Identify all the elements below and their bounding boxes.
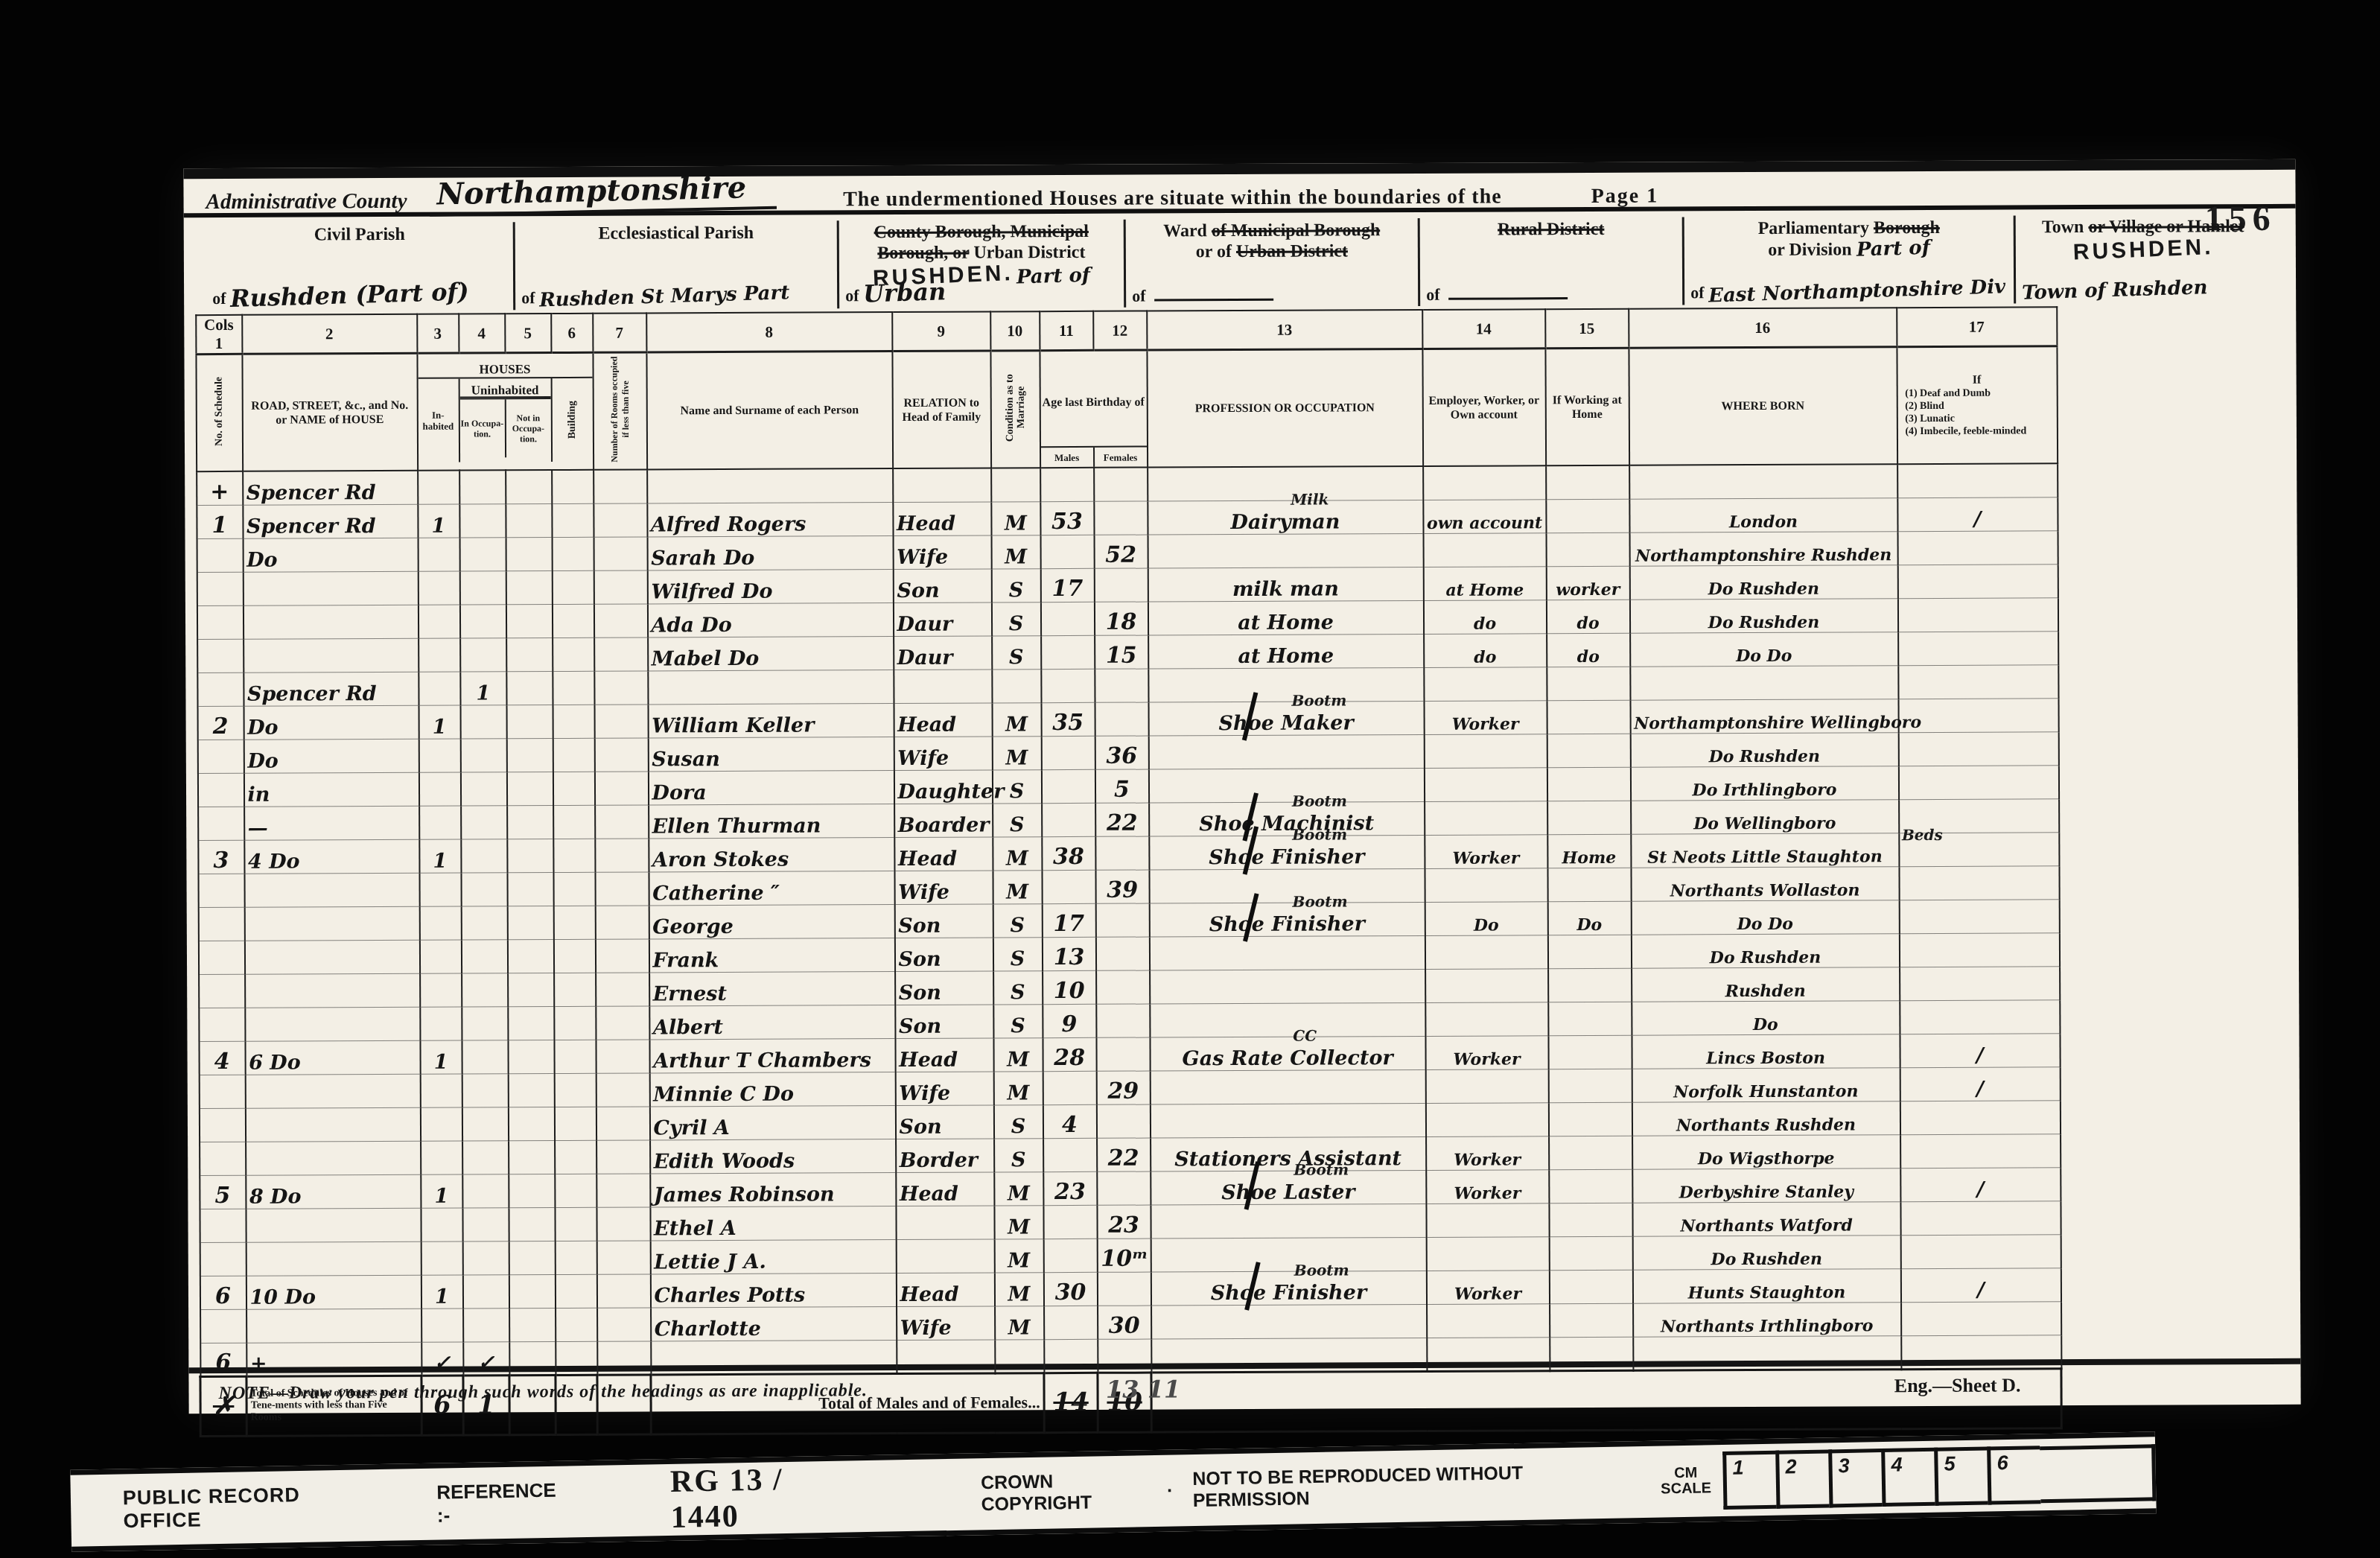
cell-age-male bbox=[1043, 1138, 1097, 1171]
cell-relation: Son bbox=[895, 970, 993, 1005]
cell-working-home: do bbox=[1546, 600, 1629, 633]
cell-uninhabited-notocc bbox=[508, 1006, 554, 1040]
struck-municipal-borough: of Municipal Borough bbox=[1212, 220, 1380, 241]
cell-age-female: 39 bbox=[1095, 870, 1149, 903]
cell-relation: Wife bbox=[897, 1306, 995, 1340]
cell-building bbox=[556, 1308, 597, 1341]
houses-title: HOUSES bbox=[418, 361, 592, 379]
cell-rooms bbox=[594, 704, 648, 737]
cell-employer bbox=[1425, 1102, 1548, 1136]
cell-rooms bbox=[596, 1072, 649, 1106]
cell-relation bbox=[894, 669, 992, 703]
cell-age-male bbox=[1044, 1339, 1098, 1373]
cell-where-born: Do bbox=[1632, 1000, 1900, 1035]
cell-age-male: 17 bbox=[1040, 568, 1094, 602]
cell-uninhabited-occ bbox=[459, 604, 506, 637]
cell-road bbox=[244, 873, 419, 907]
cell-condition: M bbox=[992, 702, 1041, 736]
cell-rooms bbox=[594, 603, 647, 637]
cell-working-home bbox=[1550, 1337, 1633, 1370]
cell-employer: own account bbox=[1423, 499, 1546, 533]
cell-occupation: BootmShoe Finisher bbox=[1149, 902, 1425, 937]
col-num-7: 7 bbox=[593, 313, 646, 352]
cell-working-home bbox=[1546, 532, 1629, 566]
col-num-5: 5 bbox=[505, 314, 551, 353]
cell-age-male: 4 bbox=[1043, 1104, 1096, 1138]
cell-age-male: 30 bbox=[1043, 1272, 1097, 1306]
cell-age-female bbox=[1097, 1272, 1151, 1306]
cell-building bbox=[555, 1241, 596, 1274]
cell-inhabited bbox=[419, 739, 460, 772]
cell-relation: Head bbox=[895, 1037, 993, 1072]
infirmity-3: (3) Lunatic bbox=[1905, 412, 2053, 425]
blank-line bbox=[1154, 299, 1273, 302]
cell-name bbox=[647, 468, 893, 503]
boundaries-text: The undermentioned Houses are situate wi… bbox=[843, 185, 1502, 212]
cell-working-home: do bbox=[1547, 633, 1630, 667]
cell-inhabited bbox=[420, 1107, 462, 1141]
cell-rooms bbox=[594, 670, 648, 704]
cell-age-female bbox=[1096, 1004, 1150, 1037]
or-of-label: or of bbox=[1196, 242, 1232, 261]
cell-working-home bbox=[1547, 868, 1631, 901]
cell-schedule bbox=[200, 1309, 246, 1343]
census-table: Cols 1 2 3 4 5 6 7 8 9 10 11 12 13 14 15… bbox=[194, 306, 2063, 1437]
col-num-4: 4 bbox=[459, 314, 505, 353]
cell-where-born bbox=[1633, 1335, 1901, 1370]
cell-where-born: Do Rushden bbox=[1630, 732, 1898, 767]
cell-employer: Worker bbox=[1424, 700, 1547, 734]
cell-inhabited bbox=[418, 538, 459, 571]
cell-working-home: Home bbox=[1547, 834, 1631, 868]
col-num-14: 14 bbox=[1422, 309, 1545, 349]
cell-infirmity bbox=[1898, 664, 2058, 699]
cell-road bbox=[246, 1309, 421, 1343]
cell-building bbox=[554, 1073, 596, 1107]
cell-road: 4 Do bbox=[244, 839, 419, 874]
cell-working-home bbox=[1549, 1169, 1632, 1203]
cell-building bbox=[552, 470, 594, 503]
cell-condition bbox=[992, 669, 1041, 702]
cell-condition: S bbox=[993, 937, 1042, 970]
cell-working-home bbox=[1548, 1102, 1632, 1136]
cell-uninhabited-occ bbox=[461, 906, 507, 939]
cell-condition: M bbox=[994, 1205, 1043, 1239]
cell-age-male bbox=[1043, 1205, 1097, 1239]
cell-schedule: 6 bbox=[200, 1343, 246, 1376]
col-num-13: 13 bbox=[1147, 310, 1422, 350]
cell-employer bbox=[1425, 968, 1548, 1002]
cell-relation: Son bbox=[894, 903, 993, 938]
cell-schedule bbox=[199, 1075, 245, 1108]
parish-boxes: Civil Parish of Rushden (Part of) Eccles… bbox=[206, 214, 2202, 311]
uninhabited-title: Uninhabited bbox=[459, 384, 550, 398]
cell-occupation bbox=[1148, 466, 1423, 501]
cell-inhabited: 1 bbox=[421, 1275, 462, 1309]
cell-building bbox=[553, 637, 594, 671]
cell-age-male bbox=[1040, 602, 1094, 635]
cell-condition: M bbox=[995, 1306, 1044, 1339]
cell-age-male: 17 bbox=[1042, 903, 1095, 937]
cell-road bbox=[246, 1241, 421, 1276]
cell-age-female: 15 bbox=[1095, 635, 1148, 669]
cell-employer bbox=[1425, 1069, 1548, 1103]
col-houses-group: HOUSES In-habited Uninhabited In Occupa-… bbox=[417, 352, 594, 471]
cell-inhabited bbox=[418, 571, 459, 605]
cell-inhabited bbox=[420, 1007, 462, 1040]
cell-age-female bbox=[1094, 501, 1148, 535]
cell-relation: Daughter bbox=[894, 769, 992, 804]
cell-employer bbox=[1425, 1002, 1548, 1036]
microfilm-photo: { "header": { "admin_county_label": "Adm… bbox=[0, 0, 2380, 1558]
census-page: 156 Administrative County Northamptonshi… bbox=[183, 159, 2300, 1414]
cell-where-born: Northants Rushden bbox=[1632, 1101, 1900, 1136]
cell-infirmity bbox=[1898, 765, 2058, 799]
cell-infirmity: ∕ bbox=[1900, 1033, 2060, 1067]
cell-uninhabited-occ bbox=[460, 637, 506, 671]
cell-rooms bbox=[597, 1307, 651, 1341]
cell-working-home bbox=[1547, 700, 1630, 734]
parliamentary-value: of East Northamptonshire Div bbox=[1690, 280, 2008, 304]
cell-schedule: 4 bbox=[199, 1041, 245, 1075]
cell-name: Catherine ″ bbox=[649, 871, 894, 905]
cell-employer bbox=[1427, 1303, 1550, 1338]
sheet-label: Eng.—Sheet D. bbox=[1894, 1374, 2021, 1397]
cell-age-female bbox=[1095, 702, 1148, 736]
col-building-label: Building bbox=[552, 378, 592, 462]
cell-infirmity bbox=[1900, 1133, 2061, 1168]
cell-building bbox=[553, 671, 594, 705]
col-name-label: Name and Surname of each Person bbox=[646, 352, 893, 470]
cell-working-home bbox=[1548, 1069, 1632, 1102]
cell-relation bbox=[896, 1239, 994, 1273]
cell-condition: M bbox=[991, 535, 1040, 568]
cell-where-born: Lincs Boston bbox=[1632, 1034, 1900, 1069]
cm-scale: CM SCALE 1 2 3 4 5 6 bbox=[1660, 1443, 2156, 1510]
col-condition-label: Condition as to Marriage bbox=[990, 351, 1040, 468]
col-males-label: Males bbox=[1041, 448, 1095, 467]
cell-age-female: 30 bbox=[1098, 1306, 1151, 1339]
cell-infirmity bbox=[1900, 966, 2060, 1000]
cell-name: Edith Woods bbox=[650, 1139, 896, 1173]
cell-uninhabited-notocc bbox=[507, 906, 553, 939]
ward-label: Ward bbox=[1163, 221, 1207, 241]
cell-name: William Keller bbox=[648, 703, 894, 737]
cell-where-born: Hunts Staughton bbox=[1632, 1268, 1900, 1303]
cell-rooms bbox=[594, 503, 647, 536]
cell-road: in bbox=[244, 772, 419, 807]
cell-employer: at Home bbox=[1423, 566, 1546, 600]
cell-relation bbox=[896, 1205, 994, 1239]
cell-occupation bbox=[1150, 1002, 1425, 1037]
cell-working-home bbox=[1548, 1002, 1632, 1035]
cell-age-female bbox=[1095, 903, 1149, 937]
cell-age-female: 18 bbox=[1094, 602, 1148, 635]
cell-uninhabited-notocc bbox=[506, 738, 553, 772]
cell-working-home bbox=[1546, 499, 1629, 532]
page-number: Page 1 bbox=[1591, 185, 1659, 209]
cell-infirmity bbox=[1900, 1201, 2061, 1235]
cell-inhabited bbox=[419, 638, 460, 672]
cell-uninhabited-notocc bbox=[509, 1274, 555, 1308]
scale-end-box bbox=[2040, 1444, 2156, 1503]
cell-building bbox=[552, 570, 594, 604]
cell-uninhabited-notocc bbox=[506, 537, 552, 570]
cell-condition: S bbox=[993, 803, 1042, 836]
cell-building bbox=[553, 939, 595, 973]
cell-age-male bbox=[1042, 870, 1095, 903]
cell-condition: M bbox=[991, 501, 1040, 535]
cell-inhabited bbox=[421, 1241, 462, 1275]
cell-relation: Wife bbox=[895, 1071, 993, 1105]
cell-occupation bbox=[1150, 969, 1425, 1004]
cell-uninhabited-notocc bbox=[506, 470, 552, 503]
col-num-3: 3 bbox=[417, 314, 459, 354]
cell-inhabited bbox=[418, 605, 459, 638]
cell-age-male bbox=[1040, 535, 1094, 568]
cell-uninhabited-occ bbox=[460, 738, 506, 772]
column-labels-row: No. of Schedule ROAD, STREET, &c., and N… bbox=[196, 346, 2058, 471]
cell-infirmity bbox=[1897, 597, 2058, 632]
cell-schedule bbox=[200, 1142, 246, 1175]
cell-name: Ellen Thurman bbox=[649, 804, 894, 838]
cell-where-born: Northamptonshire Wellingboro bbox=[1630, 699, 1898, 734]
cell-where-born bbox=[1629, 464, 1897, 499]
cell-uninhabited-occ bbox=[459, 470, 506, 503]
cell-where-born: Northamptonshire Rushden bbox=[1629, 531, 1897, 566]
cell-inhabited: 1 bbox=[419, 705, 460, 739]
cell-occupation: BootmShoe Maker bbox=[1148, 701, 1424, 736]
cell-uninhabited-occ bbox=[462, 1241, 509, 1274]
cell-inhabited: 1 bbox=[419, 839, 461, 873]
cell-condition: M bbox=[994, 1171, 1043, 1205]
cell-employer bbox=[1424, 767, 1547, 801]
cell-age-female: 23 bbox=[1097, 1205, 1151, 1239]
cell-uninhabited-occ bbox=[460, 772, 506, 805]
cell-infirmity bbox=[1897, 530, 2058, 565]
struck-county-borough: County Borough, Municipal bbox=[874, 222, 1089, 242]
col-num-8: 8 bbox=[646, 312, 892, 352]
cell-inhabited: 1 bbox=[421, 1174, 462, 1208]
cell-uninhabited-notocc bbox=[508, 973, 554, 1006]
cell-rooms bbox=[596, 972, 649, 1005]
cell-uninhabited-notocc bbox=[507, 939, 553, 973]
cell-schedule bbox=[197, 673, 244, 706]
cell-uninhabited-notocc bbox=[507, 872, 553, 906]
infirmity-4: (4) Imbecile, feeble-minded bbox=[1905, 425, 2053, 438]
cell-rooms bbox=[596, 1039, 649, 1072]
cell-schedule bbox=[198, 907, 244, 941]
cell-relation: Daur bbox=[894, 635, 992, 670]
cell-where-born: Rushden bbox=[1632, 967, 1900, 1002]
scale-1: 1 bbox=[1722, 1451, 1776, 1510]
col-born-label: WHERE BORN bbox=[1629, 347, 1897, 465]
cell-road: Spencer Rd bbox=[243, 504, 418, 538]
ward-box: Ward of Municipal Borough or of Urban Di… bbox=[1126, 218, 1421, 308]
cell-inhabited bbox=[421, 1309, 463, 1342]
cell-building bbox=[555, 1207, 596, 1241]
cell-rooms bbox=[594, 536, 647, 570]
cell-uninhabited-occ bbox=[459, 537, 506, 570]
census-rows: + Spencer Rd 1 Spencer Rd 1 Alfred Roger… bbox=[197, 463, 2061, 1376]
cell-rooms bbox=[595, 804, 649, 838]
cell-relation: Wife bbox=[893, 535, 991, 569]
cell-age-female: 22 bbox=[1097, 1138, 1151, 1171]
cell-building bbox=[556, 1341, 597, 1375]
cell-rooms bbox=[594, 637, 648, 670]
parliamentary-label: Parliamentary bbox=[1758, 218, 1869, 238]
cell-inhabited: 1 bbox=[420, 1040, 462, 1074]
cell-name: Wilfred Do bbox=[647, 569, 893, 603]
cell-age-male bbox=[1041, 669, 1095, 702]
admin-county-value: Northamptonshire bbox=[429, 170, 777, 217]
cell-age-male: 23 bbox=[1043, 1171, 1097, 1205]
cell-where-born: BedsSt Neots Little Staughton bbox=[1631, 833, 1899, 868]
cell-uninhabited-occ bbox=[462, 1140, 509, 1174]
cell-rooms bbox=[594, 771, 648, 804]
cell-condition: S bbox=[991, 602, 1040, 635]
cell-building bbox=[554, 1006, 596, 1040]
col-num-9: 9 bbox=[892, 311, 990, 351]
cell-age-female bbox=[1095, 937, 1149, 970]
cell-occupation bbox=[1150, 1103, 1425, 1138]
cell-occupation: milk man bbox=[1148, 567, 1423, 602]
cell-road bbox=[244, 638, 419, 673]
cell-schedule bbox=[199, 974, 245, 1008]
cell-where-born: Derbyshire Stanley bbox=[1632, 1168, 1900, 1203]
cell-condition: M bbox=[994, 1272, 1043, 1306]
cell-name: Charles Potts bbox=[650, 1273, 896, 1307]
cell-age-female bbox=[1095, 669, 1148, 702]
cell-uninhabited-occ bbox=[461, 839, 507, 872]
cell-road: Do bbox=[243, 538, 418, 572]
cell-occupation bbox=[1150, 1069, 1425, 1104]
cell-employer bbox=[1426, 1236, 1549, 1271]
cell-name: Ernest bbox=[649, 971, 895, 1005]
cell-uninhabited-occ bbox=[461, 805, 507, 839]
cell-schedule: 3 bbox=[198, 840, 244, 874]
municipal-borough-box: County Borough, Municipal Borough, or Ur… bbox=[839, 220, 1127, 309]
cell-where-born: Do Wellingboro bbox=[1631, 799, 1899, 834]
cell-building bbox=[553, 839, 595, 872]
cell-building bbox=[555, 1274, 596, 1308]
cell-infirmity bbox=[1897, 463, 2058, 497]
cell-relation bbox=[897, 1339, 995, 1373]
cell-age-male bbox=[1041, 736, 1095, 769]
cell-schedule bbox=[197, 605, 243, 639]
scale-4: 4 bbox=[1881, 1448, 1935, 1507]
cell-uninhabited-notocc bbox=[506, 570, 552, 604]
civil-parish-title: Civil Parish bbox=[211, 223, 509, 246]
cell-age-male: 9 bbox=[1043, 1004, 1096, 1037]
cell-age-female bbox=[1096, 1104, 1150, 1138]
of-label: of bbox=[1132, 287, 1145, 305]
cell-schedule bbox=[197, 572, 243, 605]
col-schedule-label: No. of Schedule bbox=[196, 354, 243, 471]
cell-employer bbox=[1425, 868, 1547, 902]
col-num-16: 16 bbox=[1629, 308, 1897, 348]
cell-occupation bbox=[1148, 734, 1424, 769]
cell-age-female bbox=[1094, 568, 1148, 602]
cell-rooms bbox=[595, 905, 649, 938]
cell-working-home bbox=[1548, 968, 1632, 1002]
parliamentary-box: Parliamentary Borough or Division Part o… bbox=[1684, 215, 2017, 305]
cell-road: Spencer Rd bbox=[244, 672, 419, 706]
cell-name: Cyril A bbox=[649, 1105, 895, 1139]
col-females-label: Females bbox=[1095, 448, 1147, 467]
cell-employer: Do bbox=[1425, 901, 1547, 935]
cell-occupation: BootmShoe Machinist bbox=[1149, 801, 1425, 836]
cell-infirmity bbox=[1898, 631, 2058, 665]
cell-occupation: MilkDairyman bbox=[1148, 500, 1423, 535]
cell-road bbox=[244, 940, 419, 974]
col-infirmity-label: If (1) Deaf and Dumb (2) Blind (3) Lunat… bbox=[1897, 346, 2058, 464]
cell-schedule bbox=[197, 639, 244, 673]
cell-building bbox=[554, 1040, 596, 1073]
cell-age-female bbox=[1095, 836, 1149, 870]
cell-occupation bbox=[1151, 1338, 1427, 1373]
cell-where-born: Do Do bbox=[1630, 632, 1898, 667]
col-rooms-label: Number of Rooms occupied if less than fi… bbox=[593, 352, 647, 470]
restriction-label: NOT TO BE REPRODUCED WITHOUT PERMISSION bbox=[1192, 1461, 1594, 1512]
part-of-note: Part of bbox=[1856, 238, 1930, 261]
cell-condition: S bbox=[993, 1104, 1043, 1138]
cell-schedule: 6 bbox=[200, 1276, 246, 1309]
civil-parish-value: of Rushden (Part of) bbox=[212, 280, 507, 310]
cell-schedule bbox=[197, 538, 243, 572]
cell-where-born: Do Rushden bbox=[1631, 933, 1899, 968]
cell-uninhabited-occ bbox=[461, 939, 507, 973]
cell-uninhabited-notocc bbox=[509, 1341, 556, 1375]
cell-road bbox=[246, 1208, 421, 1242]
cell-infirmity: ∕ bbox=[1900, 1268, 2061, 1302]
cell-age-female: 22 bbox=[1095, 803, 1149, 836]
cell-condition: S bbox=[993, 1004, 1043, 1037]
cell-uninhabited-occ bbox=[462, 1274, 509, 1308]
cell-infirmity bbox=[1901, 1301, 2061, 1335]
cell-name: Ada Do bbox=[647, 602, 893, 637]
cell-rooms bbox=[595, 838, 649, 871]
cell-building bbox=[553, 705, 594, 738]
col-home-label: If Working at Home bbox=[1545, 348, 1629, 465]
cell-road bbox=[244, 906, 419, 941]
cell-condition: M bbox=[993, 836, 1042, 870]
col-num-17: 17 bbox=[1897, 307, 2057, 346]
cell-relation: Son bbox=[895, 1104, 993, 1139]
cell-building bbox=[554, 1107, 596, 1140]
cell-road bbox=[245, 1007, 420, 1041]
cell-working-home bbox=[1549, 1270, 1632, 1303]
cell-rooms bbox=[595, 938, 649, 972]
struck-village-hamlet: or Village or Hamlet bbox=[2088, 217, 2244, 237]
cell-age-male bbox=[1043, 1239, 1097, 1272]
cell-occupation: CCGas Rate Collector bbox=[1150, 1036, 1425, 1071]
cell-condition: M bbox=[993, 1071, 1043, 1104]
cell-schedule: 5 bbox=[200, 1175, 246, 1209]
cell-where-born: Northants Wollaston bbox=[1631, 866, 1899, 901]
cell-building bbox=[553, 772, 594, 805]
cell-age-female: 52 bbox=[1094, 535, 1148, 568]
cell-rooms bbox=[596, 1274, 650, 1307]
cell-age-male: 35 bbox=[1041, 702, 1095, 736]
cell-age-male bbox=[1042, 803, 1095, 836]
col-occupation-label: PROFESSION OR OCCUPATION bbox=[1147, 349, 1423, 467]
cm-scale-label: CM SCALE bbox=[1661, 1465, 1712, 1497]
cell-uninhabited-occ bbox=[459, 570, 506, 604]
cell-road bbox=[245, 1107, 420, 1142]
cell-building bbox=[553, 872, 595, 906]
cell-age-male bbox=[1044, 1306, 1098, 1339]
